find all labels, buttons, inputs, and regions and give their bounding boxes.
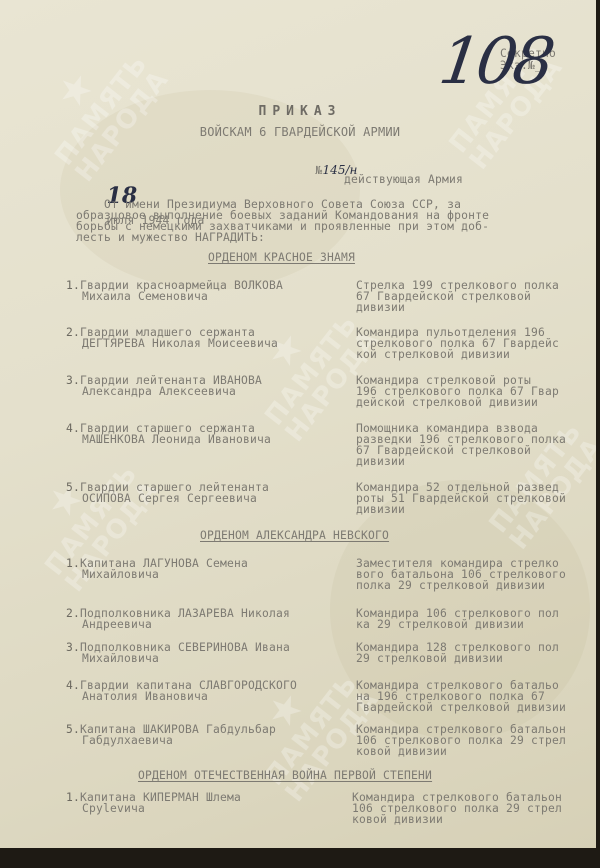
entry-number: 1. bbox=[66, 792, 80, 803]
recipient-name: ДЕГТЯРЕВА Николая Моисеевича bbox=[82, 338, 278, 349]
recipient-name: МАШЕНКОВА Леонида Ивановича bbox=[82, 434, 271, 445]
recipient-name: Андреевича bbox=[82, 619, 152, 630]
entry-number: 5. bbox=[66, 482, 80, 493]
recipient-position: ковой дивизии bbox=[356, 746, 447, 757]
recipient-name: Габдулхаевича bbox=[82, 735, 173, 746]
recipient-position: кой стрелковой дивизии bbox=[356, 349, 510, 360]
recipient-position: ковой дивизии bbox=[352, 814, 443, 825]
section-title: ОРДЕНОМ АЛЕКСАНДРА НЕВСКОГО bbox=[200, 530, 389, 541]
entry-number: 4. bbox=[66, 680, 80, 691]
order-location: действующая Армия bbox=[344, 174, 463, 185]
entry-number: 3. bbox=[66, 642, 80, 653]
recipient-position: дейской стрелковой дивизии bbox=[356, 397, 538, 408]
recipient-name: Михаила Семеновича bbox=[82, 291, 208, 302]
entry-number: 5. bbox=[66, 724, 80, 735]
recipient-position: полка 29 стрелковой дивизии bbox=[356, 580, 545, 591]
entry-number: 1. bbox=[66, 280, 80, 291]
recipient-position: дивизии bbox=[356, 302, 405, 313]
order-number: №145/н bbox=[277, 140, 357, 197]
page-subtitle: ВОЙСКАМ 6 ГВАРДЕЙСКОЙ АРМИИ bbox=[0, 127, 596, 138]
section-title: ОРДЕНОМ ОТЕЧЕСТВЕННАЯ ВОЙНА ПЕРВОЙ СТЕПЕ… bbox=[138, 770, 432, 781]
recipient-name: Михайловича bbox=[82, 653, 159, 664]
document-page: ★ ПАМЯТЬНАРОДА ПАМЯТЬНАРОДА ★ ПАМЯТЬНАРО… bbox=[0, 0, 596, 858]
entry-number: 4. bbox=[66, 423, 80, 434]
recipient-position: 29 стрелковой дивизии bbox=[356, 653, 503, 664]
entry-number: 2. bbox=[66, 608, 80, 619]
recipient-name: Сруlevича bbox=[82, 803, 145, 814]
recipient-name: Анатолия Ивановича bbox=[82, 691, 208, 702]
preamble-line: лесть и мужество НАГРАДИТЬ: bbox=[76, 232, 265, 243]
entry-number: 3. bbox=[66, 375, 80, 386]
recipient-name: Михайловича bbox=[82, 569, 159, 580]
recipient-position: дивизии bbox=[356, 504, 405, 515]
recipient-position: Гвардейской стрелковой дивизии bbox=[356, 702, 566, 713]
recipient-position: дивизии bbox=[356, 456, 405, 467]
handwritten-number: 108 bbox=[436, 30, 555, 94]
recipient-name: Александра Алексеевича bbox=[82, 386, 236, 397]
recipient-name: ОСИПОВА Сергея Сергеевича bbox=[82, 493, 257, 504]
section-title: ОРДЕНОМ КРАСНОЕ ЗНАМЯ bbox=[208, 252, 355, 263]
page-title: ПРИКАЗ bbox=[0, 104, 596, 119]
entry-number: 2. bbox=[66, 327, 80, 338]
entry-number: 1. bbox=[66, 558, 80, 569]
recipient-position: ка 29 стрелковой дивизии bbox=[356, 619, 524, 630]
